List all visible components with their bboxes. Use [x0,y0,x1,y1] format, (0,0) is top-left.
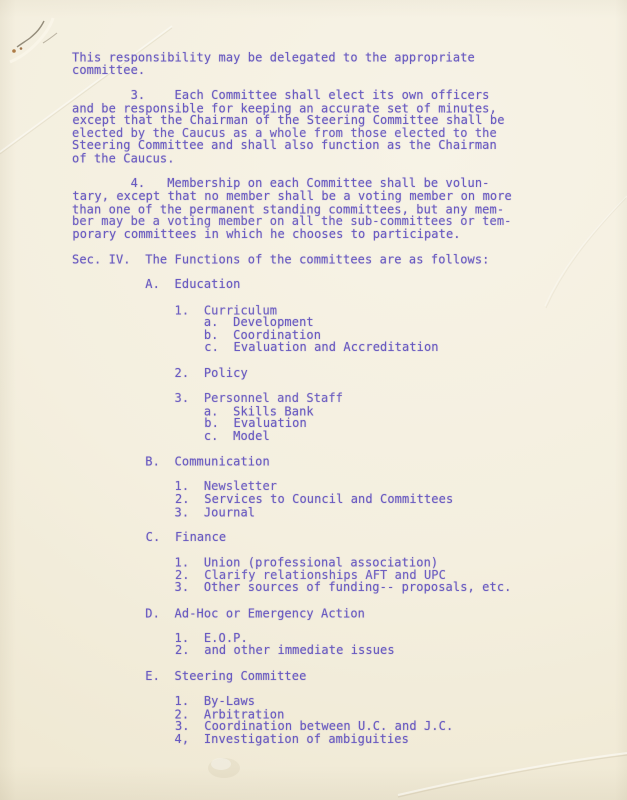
text-line: 3. Coordination between U.C. and J.C. [72,720,511,733]
text-line: porary committees in which he chooses to… [72,228,511,241]
text-line: 1. Curriculum [72,304,511,317]
document-page: This responsibility may be delegated to … [0,0,627,800]
text-line [72,291,511,304]
text-line: c. Model [72,430,511,443]
text-line: D. Ad-Hoc or Emergency Action [72,607,511,620]
text-line: 2. Services to Council and Committees [72,493,511,506]
text-line: E. Steering Committee [72,670,511,683]
text-line: a. Development [72,316,511,329]
text-line [72,266,511,279]
text-line: B. Communication [72,455,511,468]
text-line: committee. [72,64,511,77]
text-line: 3. Journal [72,506,511,519]
text-line: 1. By-Laws [72,695,511,708]
text-line: Sec. IV. The Functions of the committees… [72,253,511,266]
text-line [72,76,511,89]
text-line: Steering Committee and shall also functi… [72,139,511,152]
text-line [72,240,511,253]
text-line: of the Caucus. [72,152,511,165]
text-line: 3. Personnel and Staff [72,392,511,405]
text-line: 4, Investigation of ambiguities [72,733,511,746]
text-line: except that the Chairman of the Steering… [72,114,511,127]
text-line: elected by the Caucus as a whole from th… [72,127,511,140]
text-line [72,657,511,670]
text-line: 2. Policy [72,367,511,380]
text-line: c. Evaluation and Accreditation [72,341,511,354]
text-line: 2. and other immediate issues [72,644,511,657]
text-line [72,594,511,607]
text-line [72,442,511,455]
rust-stain [20,47,23,50]
right-edge-crease [545,196,627,308]
text-line: This responsibility may be delegated to … [72,51,511,64]
text-line [72,543,511,556]
text-line: tary, except that no member shall be a v… [72,190,511,203]
text-line: 2. Clarify relationships AFT and UPC [72,569,511,582]
text-line: b. Evaluation [72,417,511,430]
staple-tear-mark [10,18,57,62]
text-line: 3. Other sources of funding-- proposals,… [72,581,511,594]
text-line [72,619,511,632]
text-line: 3. Each Committee shall elect its own of… [72,89,511,102]
text-line [72,379,511,392]
bottom-crumple-shadow [208,758,240,778]
rust-stain [12,49,16,53]
text-line: C. Finance [72,531,511,544]
text-line [72,354,511,367]
typewritten-text: This responsibility may be delegated to … [72,51,511,745]
text-line: A. Education [72,278,511,291]
bottom-right-crease [398,753,627,797]
text-line [72,682,511,695]
